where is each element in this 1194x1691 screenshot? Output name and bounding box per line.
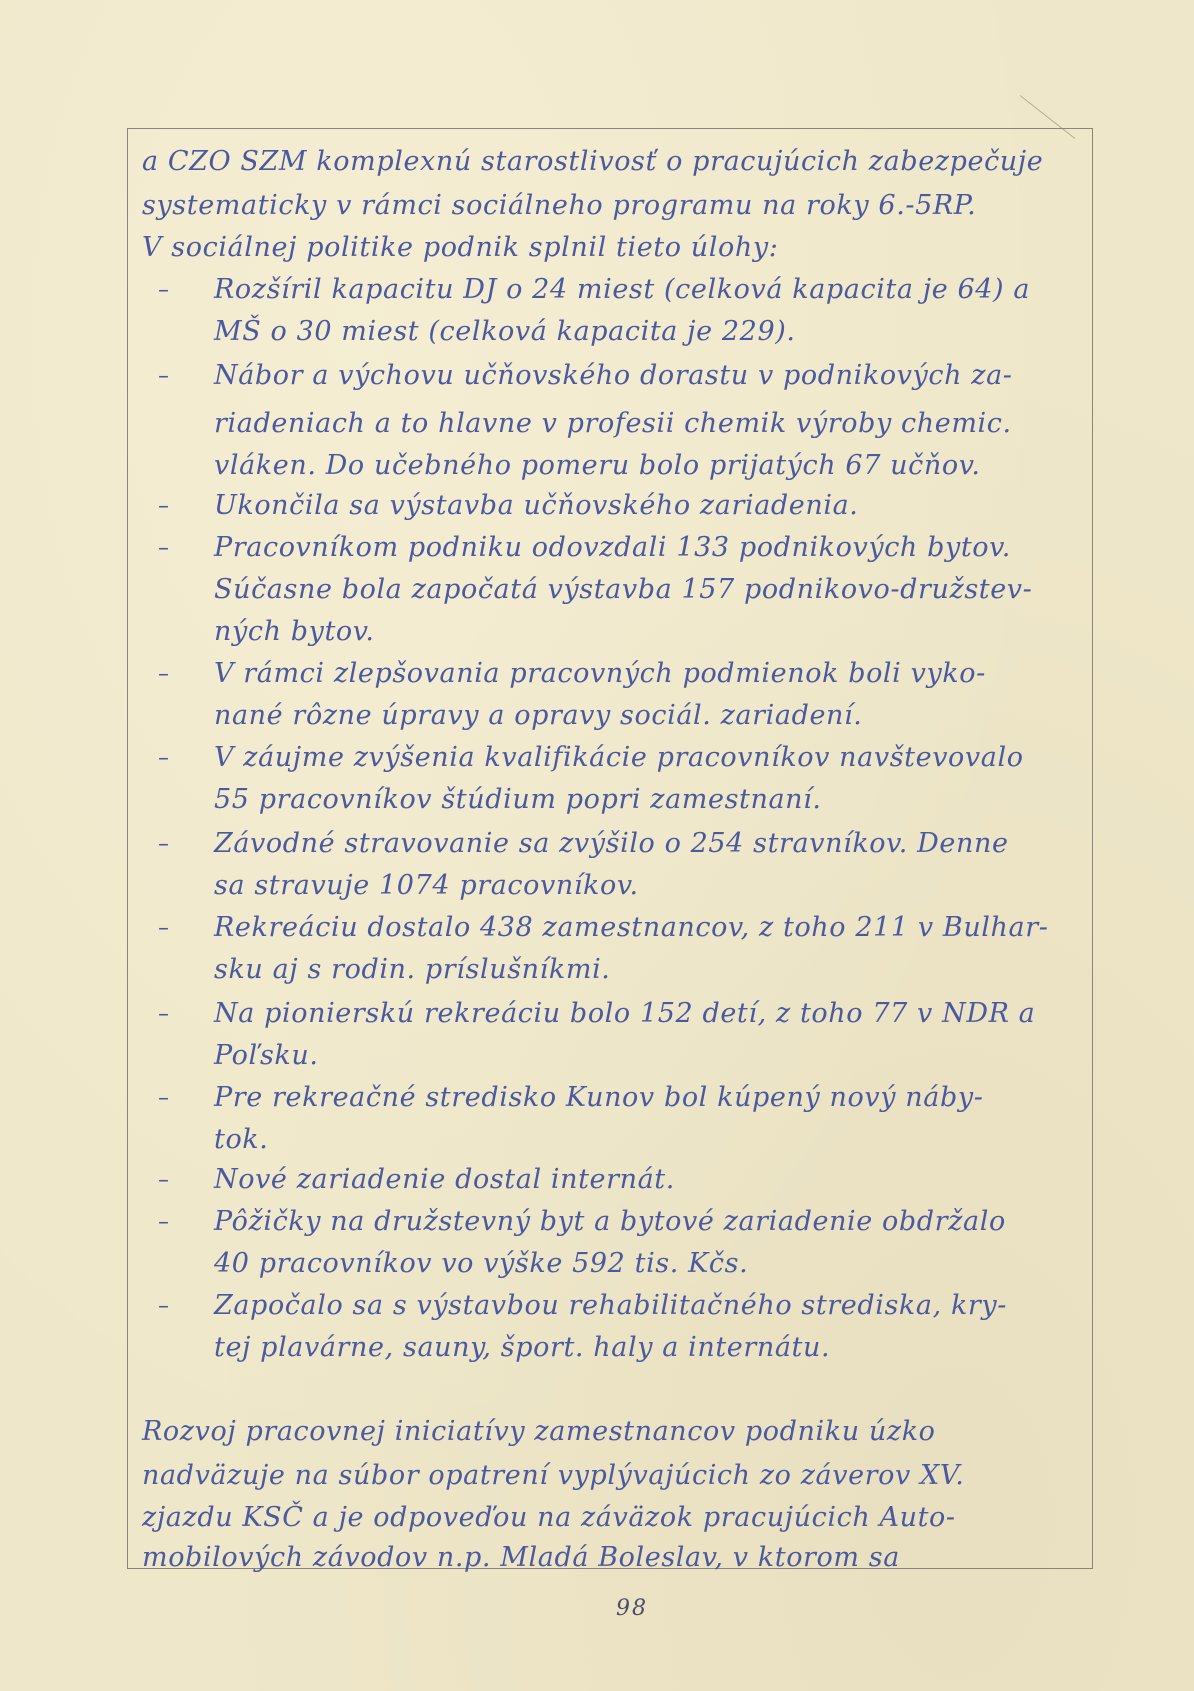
closing-line: zjazdu KSČ a je odpoveďou na záväzok pra… [142, 1504, 956, 1531]
list-item-line: V záujme zvýšenia kvalifikácie pracovník… [214, 744, 1024, 771]
list-item-line: Pracovníkom podniku odovzdali 133 podnik… [214, 534, 1011, 561]
bullet-dash: – [158, 1212, 169, 1234]
bullet-dash: – [158, 1088, 169, 1110]
list-item-line: tok. [214, 1126, 268, 1153]
bullet-dash: – [158, 1170, 169, 1192]
list-item-line: sku aj s rodin. príslušníkmi. [214, 956, 610, 983]
bullet-dash: – [158, 1296, 169, 1318]
list-item-line: Započalo sa s výstavbou rehabilitačného … [214, 1292, 1007, 1319]
list-item-line: vláken. Do učebného pomeru bolo prijatýc… [214, 452, 981, 479]
intro-line: V sociálnej politike podnik splnil tieto… [142, 234, 778, 261]
bullet-dash: – [158, 280, 169, 302]
intro-line: a CZO SZM komplexnú starostlivosť o prac… [142, 148, 1043, 175]
list-item-line: Pôžičky na družstevný byt a bytové zaria… [214, 1208, 1006, 1235]
bullet-dash: – [158, 748, 169, 770]
page-number: 98 [616, 1596, 648, 1621]
list-item-line: 40 pracovníkov vo výške 592 tis. Kčs. [214, 1250, 748, 1277]
bullet-dash: – [158, 834, 169, 856]
list-item-line: nané rôzne úpravy a opravy sociál. zaria… [214, 702, 862, 729]
list-item-line: MŠ o 30 miest (celková kapacita je 229). [214, 318, 796, 345]
list-item-line: ných bytov. [214, 618, 375, 645]
bullet-dash: – [158, 1004, 169, 1026]
list-item-line: Nové zariadenie dostal internát. [214, 1166, 675, 1193]
list-item-line: Súčasne bola započatá výstavba 157 podni… [214, 576, 1032, 603]
list-item-line: Na pionierskú rekreáciu bolo 152 detí, z… [214, 1000, 1035, 1027]
list-item-line: riadeniach a to hlavne v profesii chemik… [214, 410, 1012, 437]
bullet-dash: – [158, 496, 169, 518]
list-item-line: Závodné stravovanie sa zvýšilo o 254 str… [214, 830, 1009, 857]
bullet-dash: – [158, 918, 169, 940]
closing-line: mobilových závodov n.p. Mladá Boleslav, … [142, 1544, 900, 1571]
list-item-line: Rozšíril kapacitu DJ o 24 miest (celková… [214, 276, 1030, 303]
list-item-line: Pre rekreačné stredisko Kunov bol kúpený… [214, 1084, 983, 1111]
closing-line: nadväzuje na súbor opatrení vyplývajúcic… [142, 1462, 964, 1489]
list-item-line: Nábor a výchovu učňovského dorastu v pod… [214, 362, 1013, 389]
bullet-dash: – [158, 538, 169, 560]
list-item-line: tej plavárne, sauny, šport. haly a inter… [214, 1334, 830, 1361]
closing-line: Rozvoj pracovnej iniciatívy zamestnancov… [142, 1418, 936, 1445]
list-item-line: sa stravuje 1074 pracovníkov. [214, 872, 639, 899]
document-page: { "document": { "page_number": "98", "co… [0, 0, 1194, 1691]
list-item-line: Poľsku. [214, 1042, 319, 1069]
bullet-dash: – [158, 664, 169, 686]
list-item-line: V rámci zlepšovania pracovných podmienok… [214, 660, 986, 687]
intro-line: systematicky v rámci sociálneho programu… [142, 192, 976, 219]
list-item-line: Rekreáciu dostalo 438 zamestnancov, z to… [214, 914, 1048, 941]
list-item-line: 55 pracovníkov štúdium popri zamestnaní. [214, 786, 822, 813]
list-item-line: Ukončila sa výstavba učňovského zariaden… [214, 492, 858, 519]
bullet-dash: – [158, 366, 169, 388]
